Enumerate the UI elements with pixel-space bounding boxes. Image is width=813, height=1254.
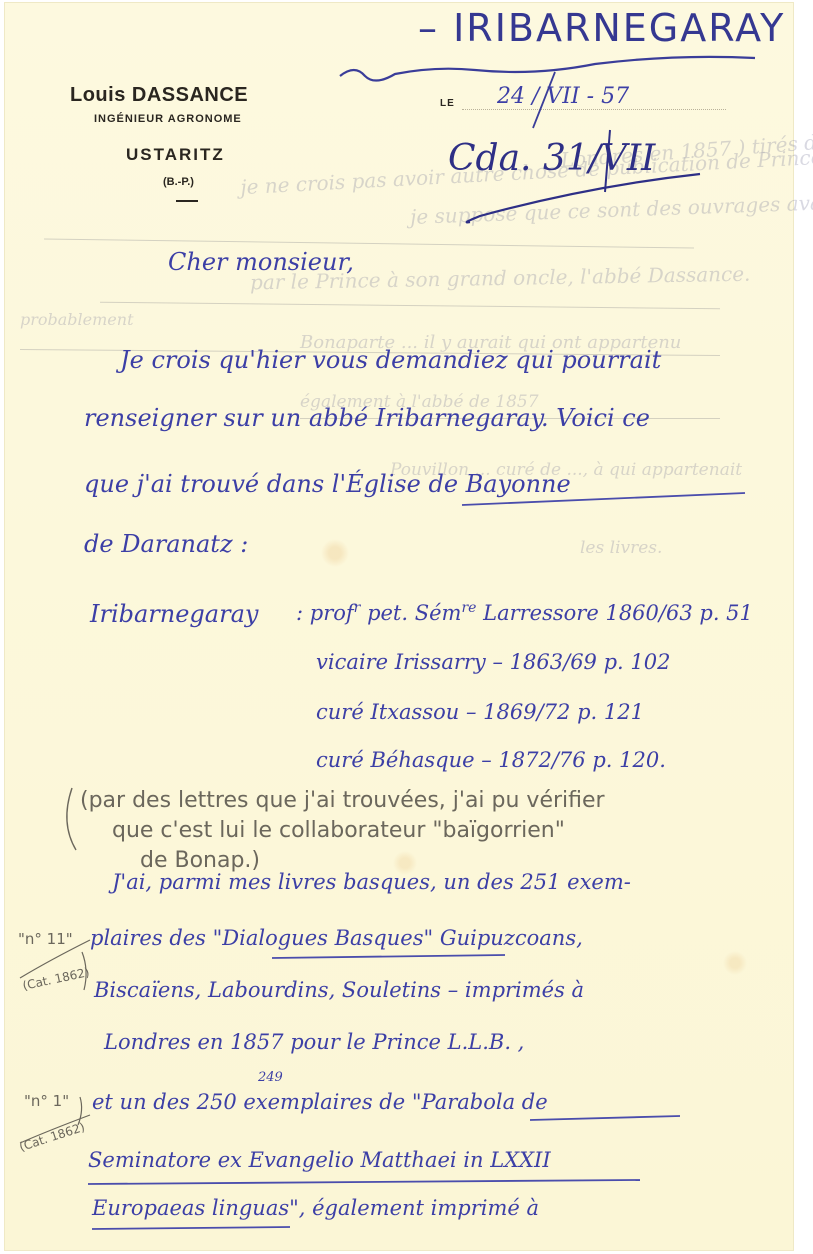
career-place: Itxassou <box>370 700 459 724</box>
book2-title: Europaeas linguas" <box>92 1196 299 1220</box>
career-entry: curé Itxassou – 1869/72 p. 121 <box>316 700 644 724</box>
career-place: pet. Sém <box>367 601 461 625</box>
body-line-1: Je crois qu'hier vous demandiez qui pour… <box>120 346 661 374</box>
career-role: vicaire <box>316 650 388 674</box>
header-name-annotation: – IRIBARNEGARAY <box>418 6 785 50</box>
bleed-line: les livres. <box>580 538 662 558</box>
letterhead-name: Louis DASSANCE <box>70 84 248 107</box>
letterhead-town: USTARITZ <box>126 145 225 165</box>
career-entry: : profr pet. Sémre Larressore 1860/63 p.… <box>296 600 753 625</box>
book1-line-3: Londres en 1857 pour le Prince L.L.B. , <box>104 1030 524 1054</box>
bleed-line: probablement <box>20 310 134 329</box>
book2-margin-number: "n° 1" <box>24 1092 69 1110</box>
book1-line-1: plaires des "Dialogues Basques" Guipuzco… <box>90 926 583 950</box>
pencil-note-line-1: (par des lettres que j'ai trouvées, j'ai… <box>80 788 605 813</box>
career-role: curé <box>316 748 364 772</box>
career-entry: curé Béhasque – 1872/76 p. 120. <box>316 748 666 772</box>
date-label: LE <box>440 98 455 109</box>
book2-text: et un des <box>92 1090 197 1114</box>
career-role-sup: r <box>354 600 361 616</box>
letterhead-first-name: Louis <box>70 84 126 106</box>
body-line-4: de Daranatz : <box>84 530 248 558</box>
pencil-note-line-2: que c'est lui le collaborateur "baïgorri… <box>112 818 565 843</box>
book2-line-2: Seminatore ex Evangelio Matthaei in LXXI… <box>88 1148 551 1172</box>
body-line-2: renseigner sur un abbé Iribarnegaray. Vo… <box>84 404 650 432</box>
body-line-3: que j'ai trouvé dans l'Église de Bayonne <box>84 470 571 498</box>
career-page: p. 51 <box>699 601 753 625</box>
book1-title: "Dialogues Basques" <box>213 926 434 950</box>
career-entry: vicaire Irissarry – 1863/69 p. 102 <box>316 650 671 674</box>
books-intro: J'ai, parmi mes livres basques, un des 2… <box>112 870 631 894</box>
book2-text: exemplaires de <box>237 1090 412 1114</box>
book2-text: , également imprimé à <box>299 1196 539 1220</box>
career-page: p. 102 <box>604 650 671 674</box>
salutation: Cher monsieur, <box>168 248 354 276</box>
book2-count-original: 250 <box>197 1090 237 1114</box>
career-place: Irissarry <box>395 650 486 674</box>
letterhead-rule <box>176 200 198 202</box>
book1-line-2: Biscaïens, Labourdins, Souletins – impri… <box>94 978 584 1002</box>
career-role: curé <box>316 700 364 724</box>
date-value: 24 / VII - 57 <box>497 84 629 109</box>
career-place: Béhasque <box>370 748 474 772</box>
book1-margin-number: "n° 11" <box>18 930 73 948</box>
letterhead-title: INGÉNIEUR AGRONOME <box>94 113 242 125</box>
letterhead-last-name: DASSANCE <box>132 84 248 106</box>
book2-title: "Parabola de <box>412 1090 548 1114</box>
date-dotted-line <box>462 109 726 110</box>
career-name: Iribarnegaray <box>90 600 258 628</box>
book2-line-3: Europaeas linguas", également imprimé à <box>92 1196 539 1220</box>
career-page: p. 120. <box>592 748 666 772</box>
career-town: Larressore <box>483 601 599 625</box>
career-years: 1872/76 <box>498 748 585 772</box>
book1-text: Guipuzcoans, <box>433 926 583 950</box>
book2-count-corrected: 249 <box>258 1070 283 1085</box>
career-place-sup: re <box>461 600 476 616</box>
reply-note: Cda. 31/VII <box>448 138 655 179</box>
career-years: 1863/69 <box>510 650 597 674</box>
career-years: 1860/63 <box>605 601 692 625</box>
letterhead-department: (B.-P.) <box>163 176 194 188</box>
book1-text: plaires des <box>90 926 213 950</box>
career-years: 1869/72 <box>483 700 570 724</box>
career-role: prof <box>310 601 354 625</box>
career-page: p. 121 <box>577 700 644 724</box>
book2-line-1: et un des 250 exemplaires de "Parabola d… <box>92 1090 548 1114</box>
